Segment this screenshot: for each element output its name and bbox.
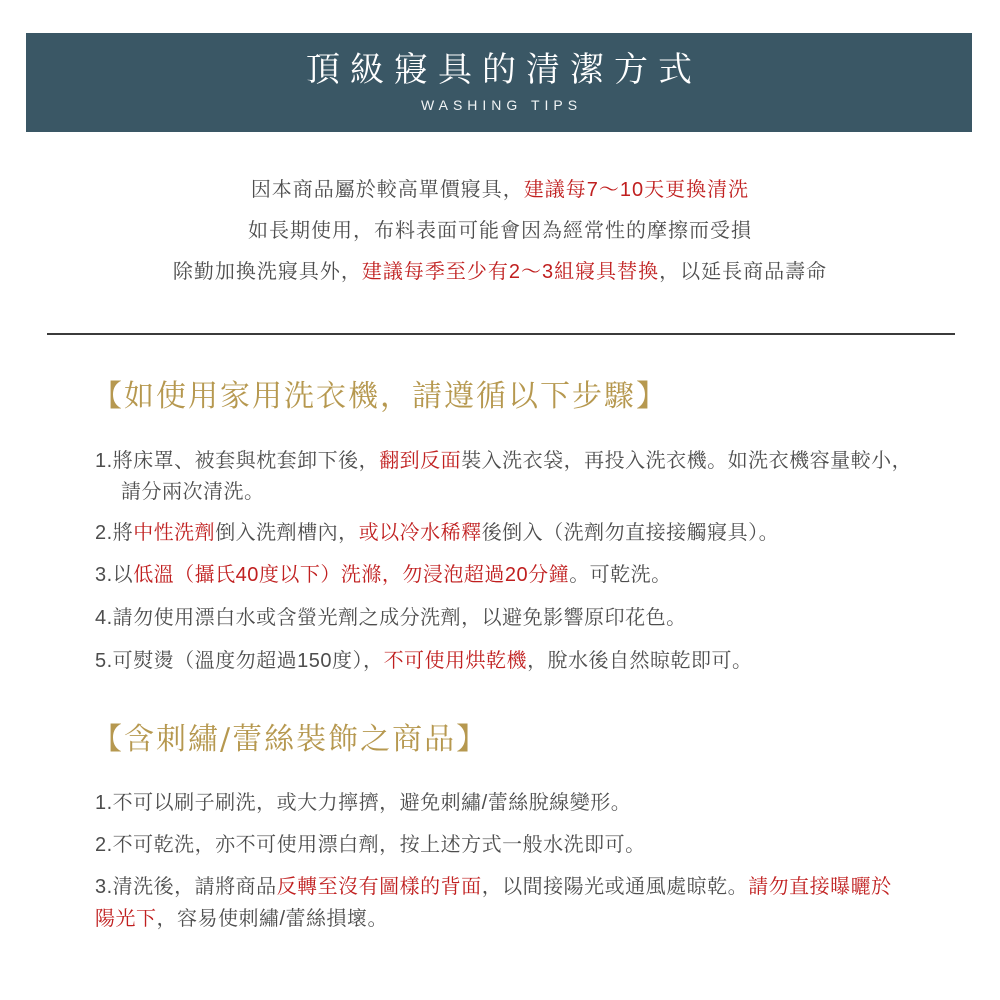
page-subtitle: WASHING TIPS — [416, 97, 582, 113]
section-heading-machine-wash: 【如使用家用洗衣機，請遵循以下步驟】 — [92, 371, 668, 415]
body-text: 請分兩次清洗。 — [121, 481, 265, 503]
intro-line: 因本商品屬於較高單價寢具，建議每7～10天更換清洗 — [0, 170, 1000, 211]
body-text: 裝入洗衣袋，再投入洗衣機。如洗衣機容量較小， — [461, 450, 912, 472]
washing-tips-page: 頂級寢具的清潔方式 WASHING TIPS 因本商品屬於較高單價寢具，建議每7… — [0, 0, 1000, 1000]
section-divider — [47, 333, 955, 335]
highlight-text: 或以冷水稀釋 — [359, 522, 482, 544]
section-heading-embroidery-lace: 【含刺繡/蕾絲裝飾之商品】 — [92, 714, 488, 758]
body-text: 因本商品屬於較高單價寢具， — [251, 179, 524, 201]
page-title: 頂級寢具的清潔方式 — [296, 52, 702, 89]
highlight-text: 翻到反面 — [379, 450, 461, 472]
highlight-text: 建議每季至少有2～3組寢具替換 — [362, 261, 659, 283]
body-text: ，以延長商品壽命 — [659, 261, 827, 283]
list-item-line: 2.不可乾洗，亦不可使用漂白劑，按上述方式一般水洗即可。 — [95, 828, 646, 857]
body-text: 2.將 — [95, 522, 133, 544]
list-item-line: 2.將中性洗劑倒入洗劑槽內，或以冷水稀釋後倒入（洗劑勿直接接觸寢具）。 — [95, 516, 779, 545]
header-band: 頂級寢具的清潔方式 WASHING TIPS — [26, 33, 972, 132]
body-text: 。可乾洗。 — [569, 564, 672, 586]
list-item-line: 1.將床罩、被套與枕套卸下後，翻到反面裝入洗衣袋，再投入洗衣機。如洗衣機容量較小… — [95, 444, 912, 473]
body-text: 4.請勿使用漂白水或含螢光劑之成分洗劑，以避免影響原印花色。 — [95, 607, 687, 629]
highlight-text: 反轉至沒有圖樣的背面 — [277, 876, 482, 898]
body-text: 2.不可乾洗，亦不可使用漂白劑，按上述方式一般水洗即可。 — [95, 834, 646, 856]
body-text: ，脫水後自然晾乾即可。 — [527, 650, 753, 672]
list-item-line: 4.請勿使用漂白水或含螢光劑之成分洗劑，以避免影響原印花色。 — [95, 601, 687, 630]
body-text: 3.以 — [95, 564, 133, 586]
highlight-text: 低溫（攝氏40度以下）洗滌，勿浸泡超過20分鐘 — [133, 564, 569, 586]
body-text: 倒入洗劑槽內， — [215, 522, 359, 544]
list-item-line: 陽光下，容易使刺繡/蕾絲損壞。 — [95, 902, 388, 931]
body-text: 5.可熨燙（溫度勿超過150度）， — [95, 650, 384, 672]
highlight-text: 建議每7～10天更換清洗 — [524, 179, 749, 201]
body-text: 1.將床罩、被套與枕套卸下後， — [95, 450, 379, 472]
highlight-text: 不可使用烘乾機 — [384, 650, 528, 672]
highlight-text: 中性洗劑 — [133, 522, 215, 544]
body-text: ，容易使刺繡/蕾絲損壞。 — [157, 908, 389, 930]
body-text: 1.不可以刷子刷洗，或大力擰擠，避免刺繡/蕾絲脫線變形。 — [95, 792, 631, 814]
body-text: 後倒入（洗劑勿直接接觸寢具）。 — [482, 522, 780, 544]
highlight-text: 請勿直接曝曬於 — [748, 876, 892, 898]
list-item-line: 1.不可以刷子刷洗，或大力擰擠，避免刺繡/蕾絲脫線變形。 — [95, 786, 631, 815]
list-item-line: 3.清洗後，請將商品反轉至沒有圖樣的背面，以間接陽光或通風處晾乾。請勿直接曝曬於 — [95, 870, 892, 899]
body-text: 如長期使用，布料表面可能會因為經常性的摩擦而受損 — [248, 220, 752, 242]
intro-paragraph: 因本商品屬於較高單價寢具，建議每7～10天更換清洗 如長期使用，布料表面可能會因… — [0, 170, 1000, 293]
body-text: ，以間接陽光或通風處晾乾。 — [482, 876, 749, 898]
body-text: 3.清洗後，請將商品 — [95, 876, 277, 898]
list-item-line: 請分兩次清洗。 — [121, 475, 265, 504]
list-item-line: 3.以低溫（攝氏40度以下）洗滌，勿浸泡超過20分鐘。可乾洗。 — [95, 558, 672, 587]
intro-line: 如長期使用，布料表面可能會因為經常性的摩擦而受損 — [0, 211, 1000, 252]
highlight-text: 陽光下 — [95, 908, 157, 930]
intro-line: 除勤加換洗寢具外，建議每季至少有2～3組寢具替換，以延長商品壽命 — [0, 252, 1000, 293]
list-item-line: 5.可熨燙（溫度勿超過150度），不可使用烘乾機，脫水後自然晾乾即可。 — [95, 644, 753, 673]
body-text: 除勤加換洗寢具外， — [173, 261, 362, 283]
